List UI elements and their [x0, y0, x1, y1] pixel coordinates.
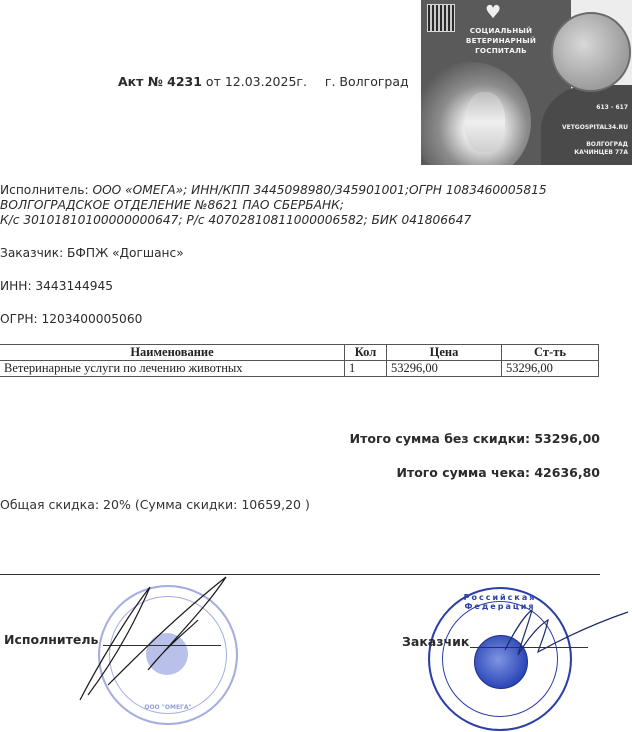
cell-name: Ветеринарные услуги по лечению животных: [0, 361, 345, 377]
col-name-header: Наименование: [0, 345, 345, 361]
customer-signature: [500, 600, 630, 670]
cat-photo: [551, 12, 631, 92]
col-price-header: Цена: [387, 345, 502, 361]
banner-address: ВОЛГОГРАД КАЧИНЦЕВ 77А: [574, 141, 628, 157]
receipt-total: Итого сумма чека: 42636,80: [396, 465, 600, 480]
customer-name: Заказчик: БФПЖ «Догшанс»: [0, 246, 184, 260]
act-city: г. Волгоград: [325, 74, 409, 89]
cell-total: 53296,00: [502, 361, 599, 377]
hospital-banner: ♥ СОЦИАЛЬНЫЙ ВЕТЕРИНАРНЫЙ ГОСПИТАЛЬ 613 …: [421, 0, 632, 165]
customer-signature-label: Заказчик: [402, 634, 469, 649]
table-row: Ветеринарные услуги по лечению животных …: [0, 361, 599, 377]
cell-qty: 1: [345, 361, 387, 377]
act-date: от 12.03.2025г.: [206, 74, 307, 89]
cell-price: 53296,00: [387, 361, 502, 377]
banner-phone: 613 - 617: [596, 104, 628, 112]
executor-signature: [78, 575, 238, 705]
executor-line-1: ООО «ОМЕГА»; ИНН/КПП 3445098980/34590100…: [92, 183, 546, 197]
banner-website: VETGOSPITAL34.RU: [562, 124, 628, 132]
services-table: Наименование Кол Цена Ст-ть Ветеринарные…: [0, 344, 599, 377]
heart-logo-icon: ♥: [485, 4, 501, 22]
executor-details: Исполнитель: ООО «ОМЕГА»; ИНН/КПП 344509…: [0, 183, 547, 228]
executor-label: Исполнитель:: [0, 183, 89, 197]
discount-info: Общая скидка: 20% (Сумма скидки: 10659,2…: [0, 497, 310, 512]
table-header-row: Наименование Кол Цена Ст-ть: [0, 345, 599, 361]
col-qty-header: Кол: [345, 345, 387, 361]
col-total-header: Ст-ть: [502, 345, 599, 361]
act-title: Акт № 4231 от 12.03.2025г. г. Волгоград: [118, 74, 409, 89]
total-without-discount: Итого сумма без скидки: 53296,00: [350, 431, 600, 446]
customer-inn: ИНН: 3443144945: [0, 279, 113, 293]
executor-line-2: ВОЛГОГРАДСКОЕ ОТДЕЛЕНИЕ №8621 ПАО СБЕРБА…: [0, 198, 547, 213]
customer-ogrn: ОГРН: 1203400005060: [0, 312, 142, 326]
executor-line-3: К/с 30101810100000000647; Р/с 4070281081…: [0, 213, 547, 228]
act-number: Акт № 4231: [118, 74, 202, 89]
banner-brand: СОЦИАЛЬНЫЙ ВЕТЕРИНАРНЫЙ ГОСПИТАЛЬ: [451, 26, 551, 56]
